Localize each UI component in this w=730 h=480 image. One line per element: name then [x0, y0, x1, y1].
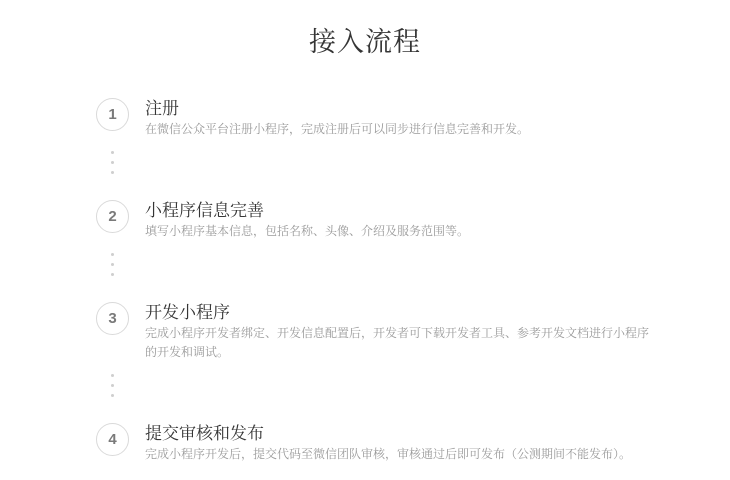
step-connector-dots: [96, 151, 129, 174]
connector-dot: [111, 374, 114, 377]
connector-dot: [111, 161, 114, 164]
connector-dot: [111, 273, 114, 276]
connector-dot: [111, 171, 114, 174]
connector-dot: [111, 151, 114, 154]
step-item: 2 小程序信息完善 填写小程序基本信息，包括名称、头像、介绍及服务范围等。: [96, 200, 730, 241]
step-number-badge: 3: [96, 302, 129, 335]
step-number-badge: 2: [96, 200, 129, 233]
connector-dot: [111, 394, 114, 397]
step-number: 3: [108, 310, 116, 327]
step-description: 完成小程序开发者绑定、开发信息配置后，开发者可下载开发者工具、参考开发文档进行小…: [145, 324, 650, 362]
step-item: 4 提交审核和发布 完成小程序开发后，提交代码至微信团队审核，审核通过后即可发布…: [96, 423, 730, 464]
step-number-badge: 1: [96, 98, 129, 131]
step-number: 1: [108, 106, 116, 123]
connector-dot: [111, 253, 114, 256]
step-item: 1 注册 在微信公众平台注册小程序，完成注册后可以同步进行信息完善和开发。: [96, 98, 730, 139]
step-item: 3 开发小程序 完成小程序开发者绑定、开发信息配置后，开发者可下载开发者工具、参…: [96, 302, 730, 362]
step-title: 开发小程序: [145, 303, 650, 323]
steps-list: 1 注册 在微信公众平台注册小程序，完成注册后可以同步进行信息完善和开发。 2 …: [96, 98, 730, 464]
connector-dot: [111, 263, 114, 266]
step-connector-dots: [96, 253, 129, 276]
step-number: 2: [108, 208, 116, 225]
step-content: 提交审核和发布 完成小程序开发后，提交代码至微信团队审核，审核通过后即可发布（公…: [145, 423, 631, 464]
step-connector-dots: [96, 374, 129, 397]
step-title: 注册: [145, 99, 529, 119]
step-content: 小程序信息完善 填写小程序基本信息，包括名称、头像、介绍及服务范围等。: [145, 200, 469, 241]
step-content: 注册 在微信公众平台注册小程序，完成注册后可以同步进行信息完善和开发。: [145, 98, 529, 139]
step-description: 填写小程序基本信息，包括名称、头像、介绍及服务范围等。: [145, 222, 469, 241]
page-title: 接入流程: [0, 0, 730, 59]
connector-dot: [111, 384, 114, 387]
step-title: 提交审核和发布: [145, 424, 631, 444]
step-description: 在微信公众平台注册小程序，完成注册后可以同步进行信息完善和开发。: [145, 120, 529, 139]
step-title: 小程序信息完善: [145, 201, 469, 221]
step-number-badge: 4: [96, 423, 129, 456]
step-description: 完成小程序开发后，提交代码至微信团队审核，审核通过后即可发布（公测期间不能发布）…: [145, 445, 631, 464]
step-number: 4: [108, 431, 116, 448]
step-content: 开发小程序 完成小程序开发者绑定、开发信息配置后，开发者可下载开发者工具、参考开…: [145, 302, 650, 362]
